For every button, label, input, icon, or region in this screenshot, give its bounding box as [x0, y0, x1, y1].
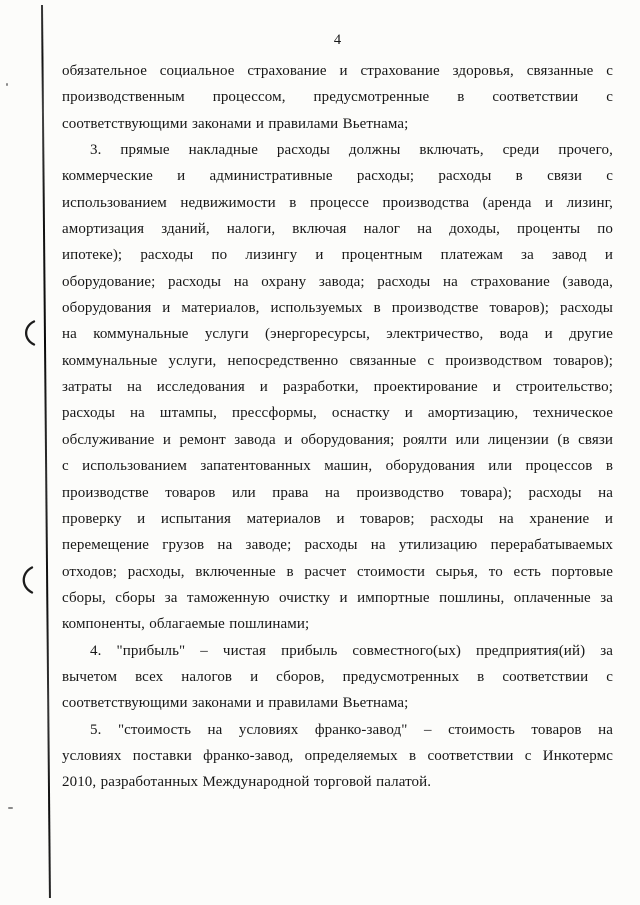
document-text: обязательное социальное страхование и ст…	[62, 58, 613, 796]
text-line: вычетом всех налогов и сборов, предусмот…	[62, 664, 613, 690]
text-line: 4. "прибыль" – чистая прибыль совместног…	[62, 638, 613, 664]
text-line: на коммунальные услуги (энергоресурсы, э…	[62, 321, 613, 347]
text-line: сборы, сборы за таможенную очистку и имп…	[62, 585, 613, 611]
scan-speck	[8, 807, 13, 809]
text-paragraph: 5. "стоимость на условиях франко-завод" …	[62, 717, 613, 796]
text-paragraph: 4. "прибыль" – чистая прибыль совместног…	[62, 638, 613, 717]
page-number: 4	[62, 32, 613, 49]
text-line: с использованием запатентованных машин, …	[62, 453, 613, 479]
scan-edge-line	[41, 5, 51, 898]
text-line: коммерческие и административные расходы;…	[62, 163, 613, 189]
text-line: перемещение грузов на заводе; расходы на…	[62, 532, 613, 558]
text-line: условиях поставки франко-завод, определя…	[62, 743, 613, 769]
margin-paren-mark-icon	[20, 320, 36, 346]
text-paragraph: обязательное социальное страхование и ст…	[62, 58, 613, 137]
text-paragraph: 3. прямые накладные расходы должны включ…	[62, 137, 613, 638]
scan-speck	[6, 83, 8, 86]
text-line: расходы на штампы, прессформы, оснастку …	[62, 400, 613, 426]
text-line: отходов; расходы, включенные в расчет ст…	[62, 559, 613, 585]
text-line: оборудование; расходы на охрану завода; …	[62, 269, 613, 295]
text-line: 2010, разработанных Международной торгов…	[62, 769, 613, 795]
text-line: обслуживание и ремонт завода и оборудова…	[62, 427, 613, 453]
text-line: использованием недвижимости в процессе п…	[62, 190, 613, 216]
text-line: затраты на исследования и разработки, пр…	[62, 374, 613, 400]
text-line: коммунальные услуги, непосредственно свя…	[62, 348, 613, 374]
text-line: соответствующими законами и правилами Вь…	[62, 690, 613, 716]
text-line: обязательное социальное страхование и ст…	[62, 58, 613, 84]
text-line: производственным процессом, предусмотрен…	[62, 84, 613, 110]
text-line: компоненты, облагаемые пошлинами;	[62, 611, 613, 637]
margin-paren-mark-icon	[18, 566, 34, 594]
text-line: 5. "стоимость на условиях франко-завод" …	[62, 717, 613, 743]
scanned-document-page: 4 обязательное социальное страхование и …	[0, 0, 640, 905]
text-line: 3. прямые накладные расходы должны включ…	[62, 137, 613, 163]
text-line: производстве товаров или права на произв…	[62, 480, 613, 506]
text-line: амортизация зданий, налоги, включая нало…	[62, 216, 613, 242]
text-line: ипотеке); расходы по лизингу и процентны…	[62, 242, 613, 268]
text-line: проверку и испытания материалов и товаро…	[62, 506, 613, 532]
text-line: оборудования и материалов, используемых …	[62, 295, 613, 321]
text-line: соответствующими законами и правилами Вь…	[62, 111, 613, 137]
